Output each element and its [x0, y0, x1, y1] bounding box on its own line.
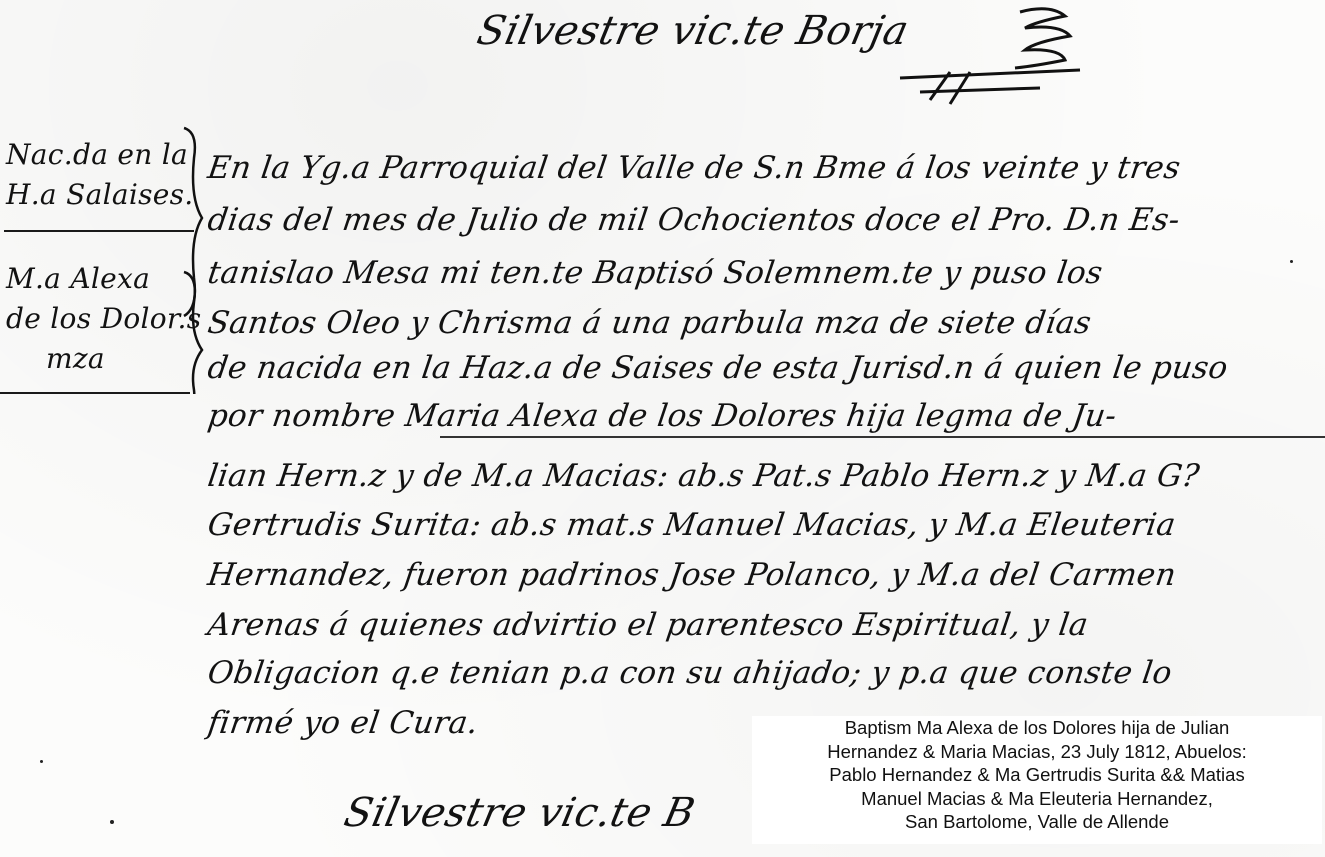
ink-speck: [110, 820, 114, 824]
caption-line-5: San Bartolome, Valle de Allende: [752, 810, 1322, 834]
caption-line-1: Baptism Ma Alexa de los Dolores hija de …: [752, 716, 1322, 740]
body-line-9: Hernandez, fueron padrinos Jose Polanco,…: [205, 557, 1178, 593]
caption-line-2: Hernandez & Maria Macias, 23 July 1812, …: [752, 740, 1322, 764]
margin-divider: [4, 230, 194, 232]
signature-flourish-icon: [870, 0, 1090, 110]
margin-note-3: M.a Alexa: [6, 262, 150, 295]
caption-line-4: Manuel Macias & Ma Eleuteria Hernandez,: [752, 787, 1322, 811]
signature-top: Silvestre vic.te Borja: [473, 8, 913, 54]
brace-icon: [178, 124, 208, 394]
scanned-document-page: Silvestre vic.te Borja Nac.da en la H.a …: [0, 0, 1325, 857]
page-fold-line: [440, 436, 1325, 438]
body-line-5: de nacida en la Haz.a de Saises de esta …: [205, 350, 1230, 386]
caption-line-3: Pablo Hernandez & Ma Gertrudis Surita &&…: [752, 763, 1322, 787]
ink-speck: [1290, 260, 1293, 263]
ink-speck: [40, 760, 43, 763]
body-line-6: por nombre Maria Alexa de los Dolores hi…: [205, 398, 1118, 434]
margin-note-4: de los Dolor.s: [6, 302, 201, 335]
body-line-3: tanislao Mesa mi ten.te Baptisó Solemnem…: [205, 255, 1104, 291]
margin-note-5: mza: [46, 342, 105, 375]
body-line-4: Santos Oleo y Chrisma á una parbula mza …: [205, 305, 1093, 341]
body-line-7: lian Hern.z y de M.a Macias: ab.s Pat.s …: [205, 458, 1201, 494]
margin-note-1: Nac.da en la: [6, 138, 188, 171]
margin-bottom-rule: [0, 392, 190, 394]
margin-note-2: H.a Salaises.: [6, 178, 194, 211]
body-line-8: Gertrudis Surita: ab.s mat.s Manuel Maci…: [205, 507, 1178, 543]
body-line-1: En la Yg.a Parroquial del Valle de S.n B…: [205, 150, 1182, 186]
body-line-11: Obligacion q.e tenian p.a con su ahijado…: [205, 655, 1174, 691]
body-line-12: firmé yo el Cura.: [205, 705, 480, 741]
signature-bottom: Silvestre vic.te B: [340, 790, 699, 836]
body-line-10: Arenas á quienes advirtio el parentesco …: [205, 607, 1090, 643]
body-line-2: dias del mes de Julio de mil Ochocientos…: [205, 202, 1182, 238]
caption-box: Baptism Ma Alexa de los Dolores hija de …: [752, 716, 1322, 844]
